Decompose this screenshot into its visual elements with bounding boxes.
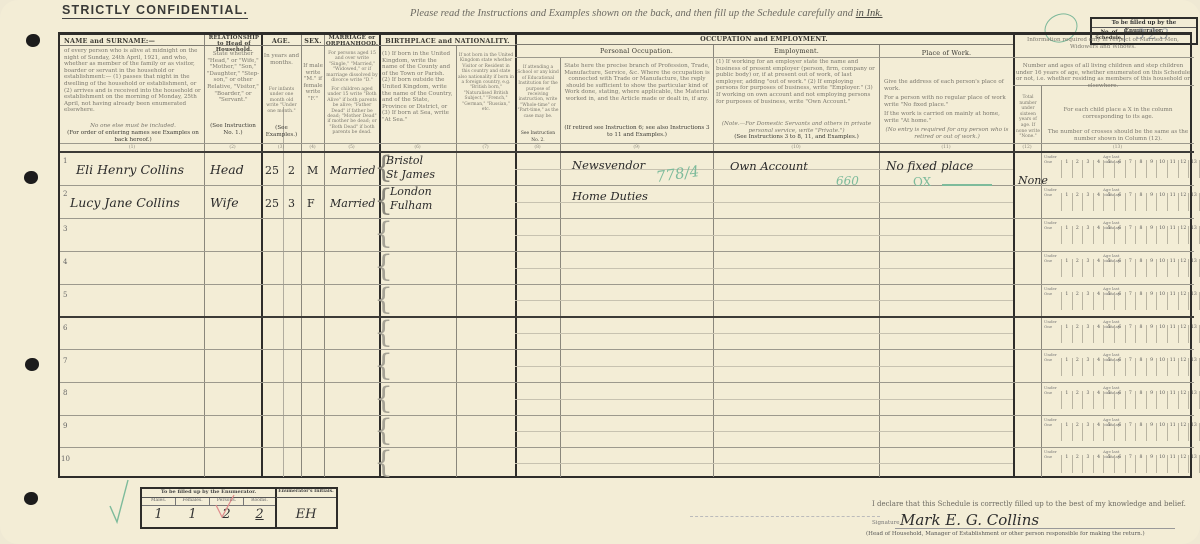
col-header-name: NAME and SURNAME:— bbox=[64, 37, 202, 45]
census-schedule-page: STRICTLY CONFIDENTIAL. Please read the I… bbox=[0, 0, 1200, 544]
row-number: 9 bbox=[63, 422, 67, 430]
brace-icon: { bbox=[374, 186, 393, 216]
col-number: (13) bbox=[1041, 145, 1194, 150]
brace-icon: { bbox=[374, 318, 393, 348]
col-header-place-of-work: Place of Work. bbox=[880, 49, 1013, 57]
age-col-note: (See Examples.) bbox=[263, 125, 300, 138]
nationality-col-description: If not born in the United Kingdom state … bbox=[458, 53, 514, 112]
row-1-marriage: Married bbox=[330, 164, 375, 177]
row-1-place-code: OX bbox=[913, 175, 931, 189]
initials-label: Enumerator's Initials. bbox=[276, 489, 336, 498]
name-col-order: (For order of entering names see Example… bbox=[64, 130, 202, 143]
row-1-birthplace-town: St James bbox=[386, 168, 435, 181]
personal-occupation-note: (If retired see Instruction 6; see also … bbox=[564, 125, 710, 138]
instructions-text: Please read the Instructions and Example… bbox=[410, 8, 883, 19]
brace-icon: { bbox=[374, 416, 393, 446]
place-of-work-desc-2: For a person with no regular place of wo… bbox=[884, 95, 1010, 108]
age-col-infant-note: For infants under one month old write "U… bbox=[263, 87, 300, 114]
col-header-married-info: Information required only in respect of … bbox=[1015, 37, 1191, 50]
brace-icon: { bbox=[374, 448, 393, 478]
children-x-note-2: The number of crosses should be the same… bbox=[1045, 129, 1191, 142]
row-number: 8 bbox=[63, 389, 67, 397]
place-of-work-description: Give the address of each person's place … bbox=[884, 79, 1010, 92]
age-col-description: In years and months. bbox=[263, 53, 300, 66]
school-col-description: If attending a School or any kind of Edu… bbox=[517, 65, 559, 119]
check-mark-icon bbox=[214, 493, 236, 519]
place-of-work-desc-3: If the work is carried on mainly at home… bbox=[884, 111, 1010, 124]
dotted-line bbox=[690, 516, 880, 517]
enumerator-initials: EH bbox=[276, 507, 336, 522]
col-number: (10) bbox=[713, 145, 879, 150]
place-of-work-note: (No entry is required for any person who… bbox=[884, 127, 1010, 140]
row-number: 3 bbox=[63, 225, 67, 233]
children-x-note: For each child place a X in the column c… bbox=[1045, 107, 1191, 120]
signature-label: Signature bbox=[872, 520, 900, 526]
col-header-sex: SEX. bbox=[302, 37, 324, 45]
col-header-marriage: MARRIAGE or ORPHANHOOD. bbox=[325, 35, 379, 47]
check-mark-icon bbox=[108, 478, 130, 524]
punch-hole-icon bbox=[24, 492, 38, 505]
strikethrough-mark bbox=[942, 184, 992, 186]
row-2-occupation: Home Duties bbox=[572, 189, 648, 203]
personal-occupation-description: State here the precise branch of Profess… bbox=[564, 63, 710, 103]
sex-col-description: If male write "M." if female write "F." bbox=[303, 63, 323, 103]
row-2-name: Lucy Jane Collins bbox=[70, 195, 180, 210]
row-2-relationship: Wife bbox=[210, 195, 239, 210]
page-title: STRICTLY CONFIDENTIAL. bbox=[62, 3, 248, 19]
punch-hole-icon bbox=[25, 358, 39, 371]
birthplace-col-description: (1) If born in the United Kingdom, write… bbox=[382, 51, 454, 124]
row-1-age-years: 25 bbox=[265, 164, 279, 177]
row-number: 1 bbox=[63, 157, 67, 165]
row-2-birthplace-town: Fulham bbox=[390, 199, 432, 212]
row-1-employment-code: 660 bbox=[836, 174, 859, 188]
row-1-relationship: Head bbox=[210, 162, 244, 177]
row-2-marriage: Married bbox=[330, 197, 375, 210]
row-number: 5 bbox=[63, 291, 67, 299]
row-2-sex: F bbox=[307, 197, 315, 210]
declaration-text: I declare that this Schedule is correctl… bbox=[872, 500, 1186, 508]
tally-label-rooms: Rooms. bbox=[244, 498, 275, 506]
married-info-description: Number and ages of all living children a… bbox=[1015, 63, 1191, 89]
total-children-header: Total number under sixteen years of age.… bbox=[1015, 95, 1041, 140]
brace-icon: { bbox=[374, 153, 393, 183]
employment-note: (Note.—For Domestic Servants and others … bbox=[716, 121, 877, 134]
signature: Mark E. G. Collins bbox=[900, 511, 1039, 529]
brace-icon: { bbox=[374, 384, 393, 414]
employment-description: (1) If working for an employer state the… bbox=[716, 59, 877, 105]
household-schedule-table: NAME and SURNAME:— RELATIONSHIP to Head … bbox=[58, 32, 1192, 478]
brace-icon: { bbox=[374, 252, 393, 282]
school-col-note: See Instruction No. 2. bbox=[517, 131, 559, 144]
employment-note-2: (See Instructions 3 to 8, 11, and Exampl… bbox=[716, 134, 877, 141]
marriage-col-description: For persons aged 15 and over write "Sing… bbox=[326, 51, 378, 83]
marriage-col-children-note: For children aged under 15 write "Both A… bbox=[326, 87, 378, 136]
brace-icon: { bbox=[374, 285, 393, 315]
row-number: 6 bbox=[63, 324, 67, 332]
col-number: (4) bbox=[301, 145, 324, 150]
signature-line bbox=[895, 528, 1175, 529]
row-number: 2 bbox=[63, 190, 67, 198]
enumerator-tally-box: To be filled up by the Enumerator. Males… bbox=[140, 487, 338, 529]
col-header-birthplace: BIRTHPLACE and NATIONALITY. bbox=[380, 37, 515, 45]
brace-icon: { bbox=[374, 219, 393, 249]
col-header-employment: Employment. bbox=[714, 47, 879, 55]
row-2-age-years: 25 bbox=[265, 197, 279, 210]
name-col-note: No one else must be included. bbox=[64, 123, 202, 130]
row-1-employment: Own Account bbox=[730, 159, 808, 173]
col-number: (12) bbox=[1013, 145, 1041, 150]
row-2-birthplace-county: London bbox=[390, 185, 432, 198]
punch-hole-icon bbox=[26, 34, 40, 47]
tally-females-value: 1 bbox=[176, 507, 209, 522]
brace-icon: { bbox=[374, 351, 393, 381]
col-header-occupation-group: OCCUPATION and EMPLOYMENT. bbox=[515, 35, 1013, 43]
tally-label-females: Females. bbox=[176, 498, 210, 506]
tally-rooms-value: 2 bbox=[244, 507, 275, 522]
row-1-age-months: 2 bbox=[288, 164, 295, 177]
row-number: 7 bbox=[63, 357, 67, 365]
tally-males-value: 1 bbox=[142, 507, 175, 522]
col-number: (5) bbox=[324, 145, 379, 150]
tally-label-males: Males. bbox=[142, 498, 176, 506]
row-1-place-of-work: No fixed place bbox=[886, 159, 973, 173]
row-1-occupation-code: 778/4 bbox=[655, 162, 700, 186]
row-1-name: Eli Henry Collins bbox=[76, 162, 184, 177]
row-number: 10 bbox=[61, 455, 70, 463]
col-number: (8) bbox=[515, 145, 560, 150]
col-number: (7) bbox=[456, 145, 515, 150]
tally-header: To be filled up by the Enumerator. bbox=[142, 489, 275, 498]
col-number: (2) bbox=[204, 145, 261, 150]
name-col-description: of every person who is alive at midnight… bbox=[64, 48, 202, 114]
relationship-col-description: State whether "Head," or "Wife," "Mother… bbox=[206, 51, 260, 104]
col-header-personal-occupation: Personal Occupation. bbox=[560, 47, 713, 55]
col-number: (9) bbox=[560, 145, 713, 150]
col-number: (1) bbox=[60, 145, 204, 150]
row-1-sex: M bbox=[307, 164, 318, 177]
row-number: 4 bbox=[63, 258, 67, 266]
row-2-age-months: 3 bbox=[288, 197, 295, 210]
row-1-occupation: Newsvendor bbox=[572, 158, 645, 172]
punch-hole-icon bbox=[24, 171, 38, 184]
signature-note: (Head of Household, Manager of Establish… bbox=[866, 531, 1145, 537]
col-header-age: AGE. bbox=[262, 37, 300, 45]
col-number: (11) bbox=[879, 145, 1013, 150]
relationship-col-note: (See Instruction No. 1.) bbox=[206, 123, 260, 136]
col-number: (3) bbox=[261, 145, 301, 150]
